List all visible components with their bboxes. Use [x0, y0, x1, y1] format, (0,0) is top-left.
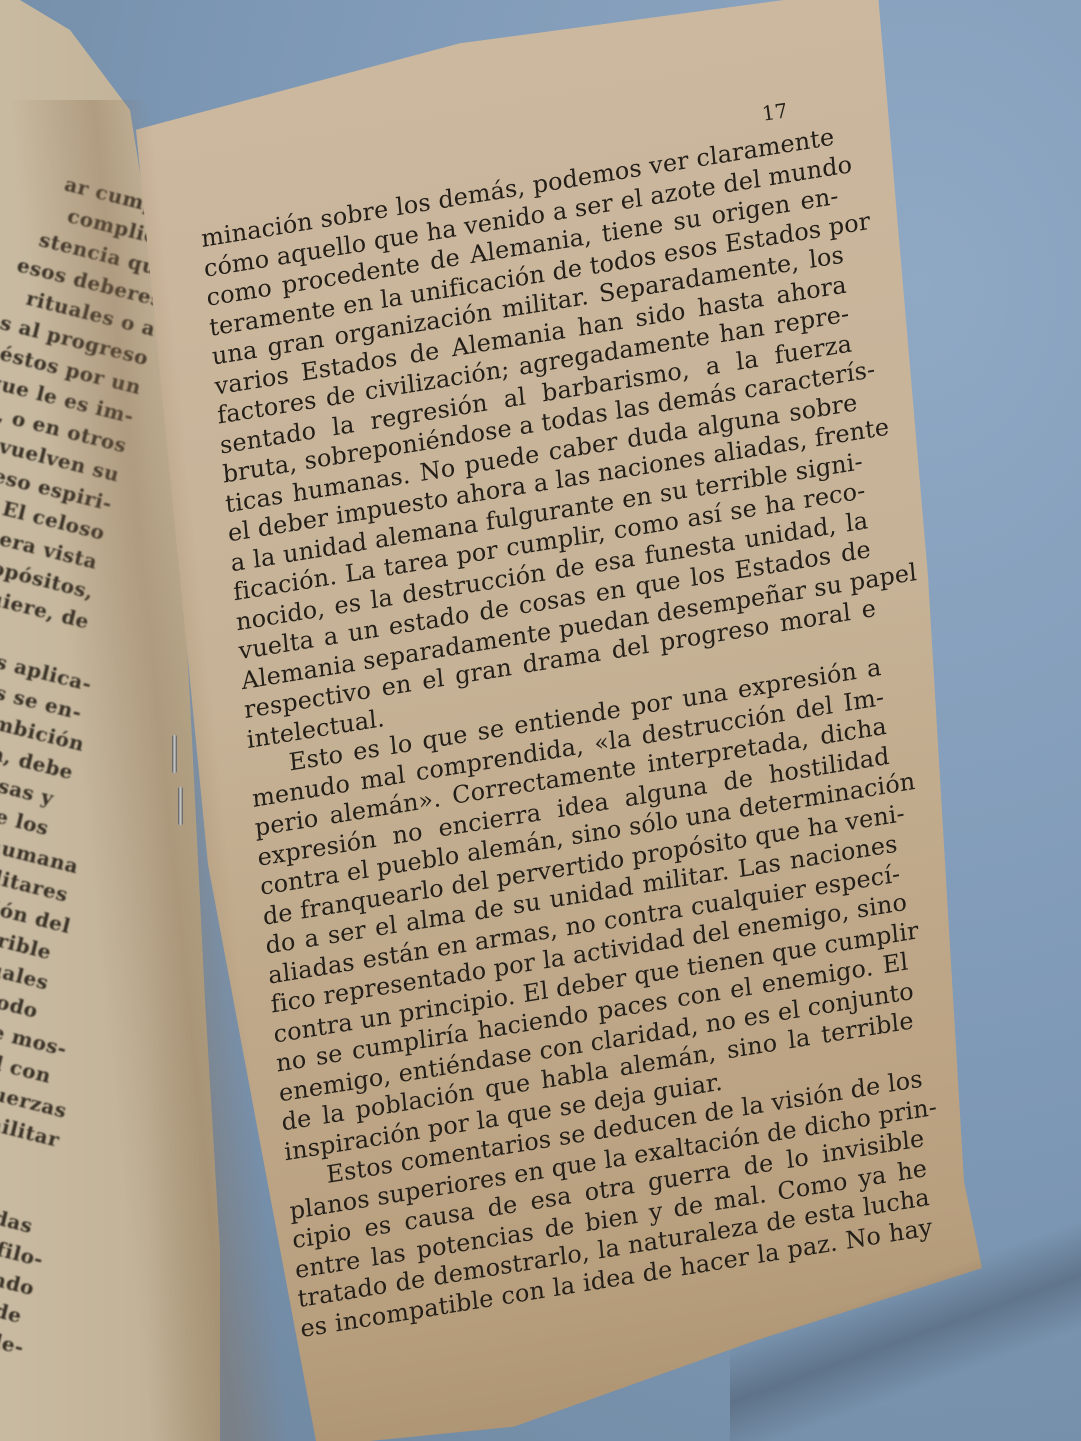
staple-bottom	[178, 787, 183, 825]
staple-top	[172, 735, 177, 773]
right-page-text: minación sobre los demás, podemos ver cl…	[200, 123, 934, 1344]
page-number: 17	[760, 98, 789, 125]
